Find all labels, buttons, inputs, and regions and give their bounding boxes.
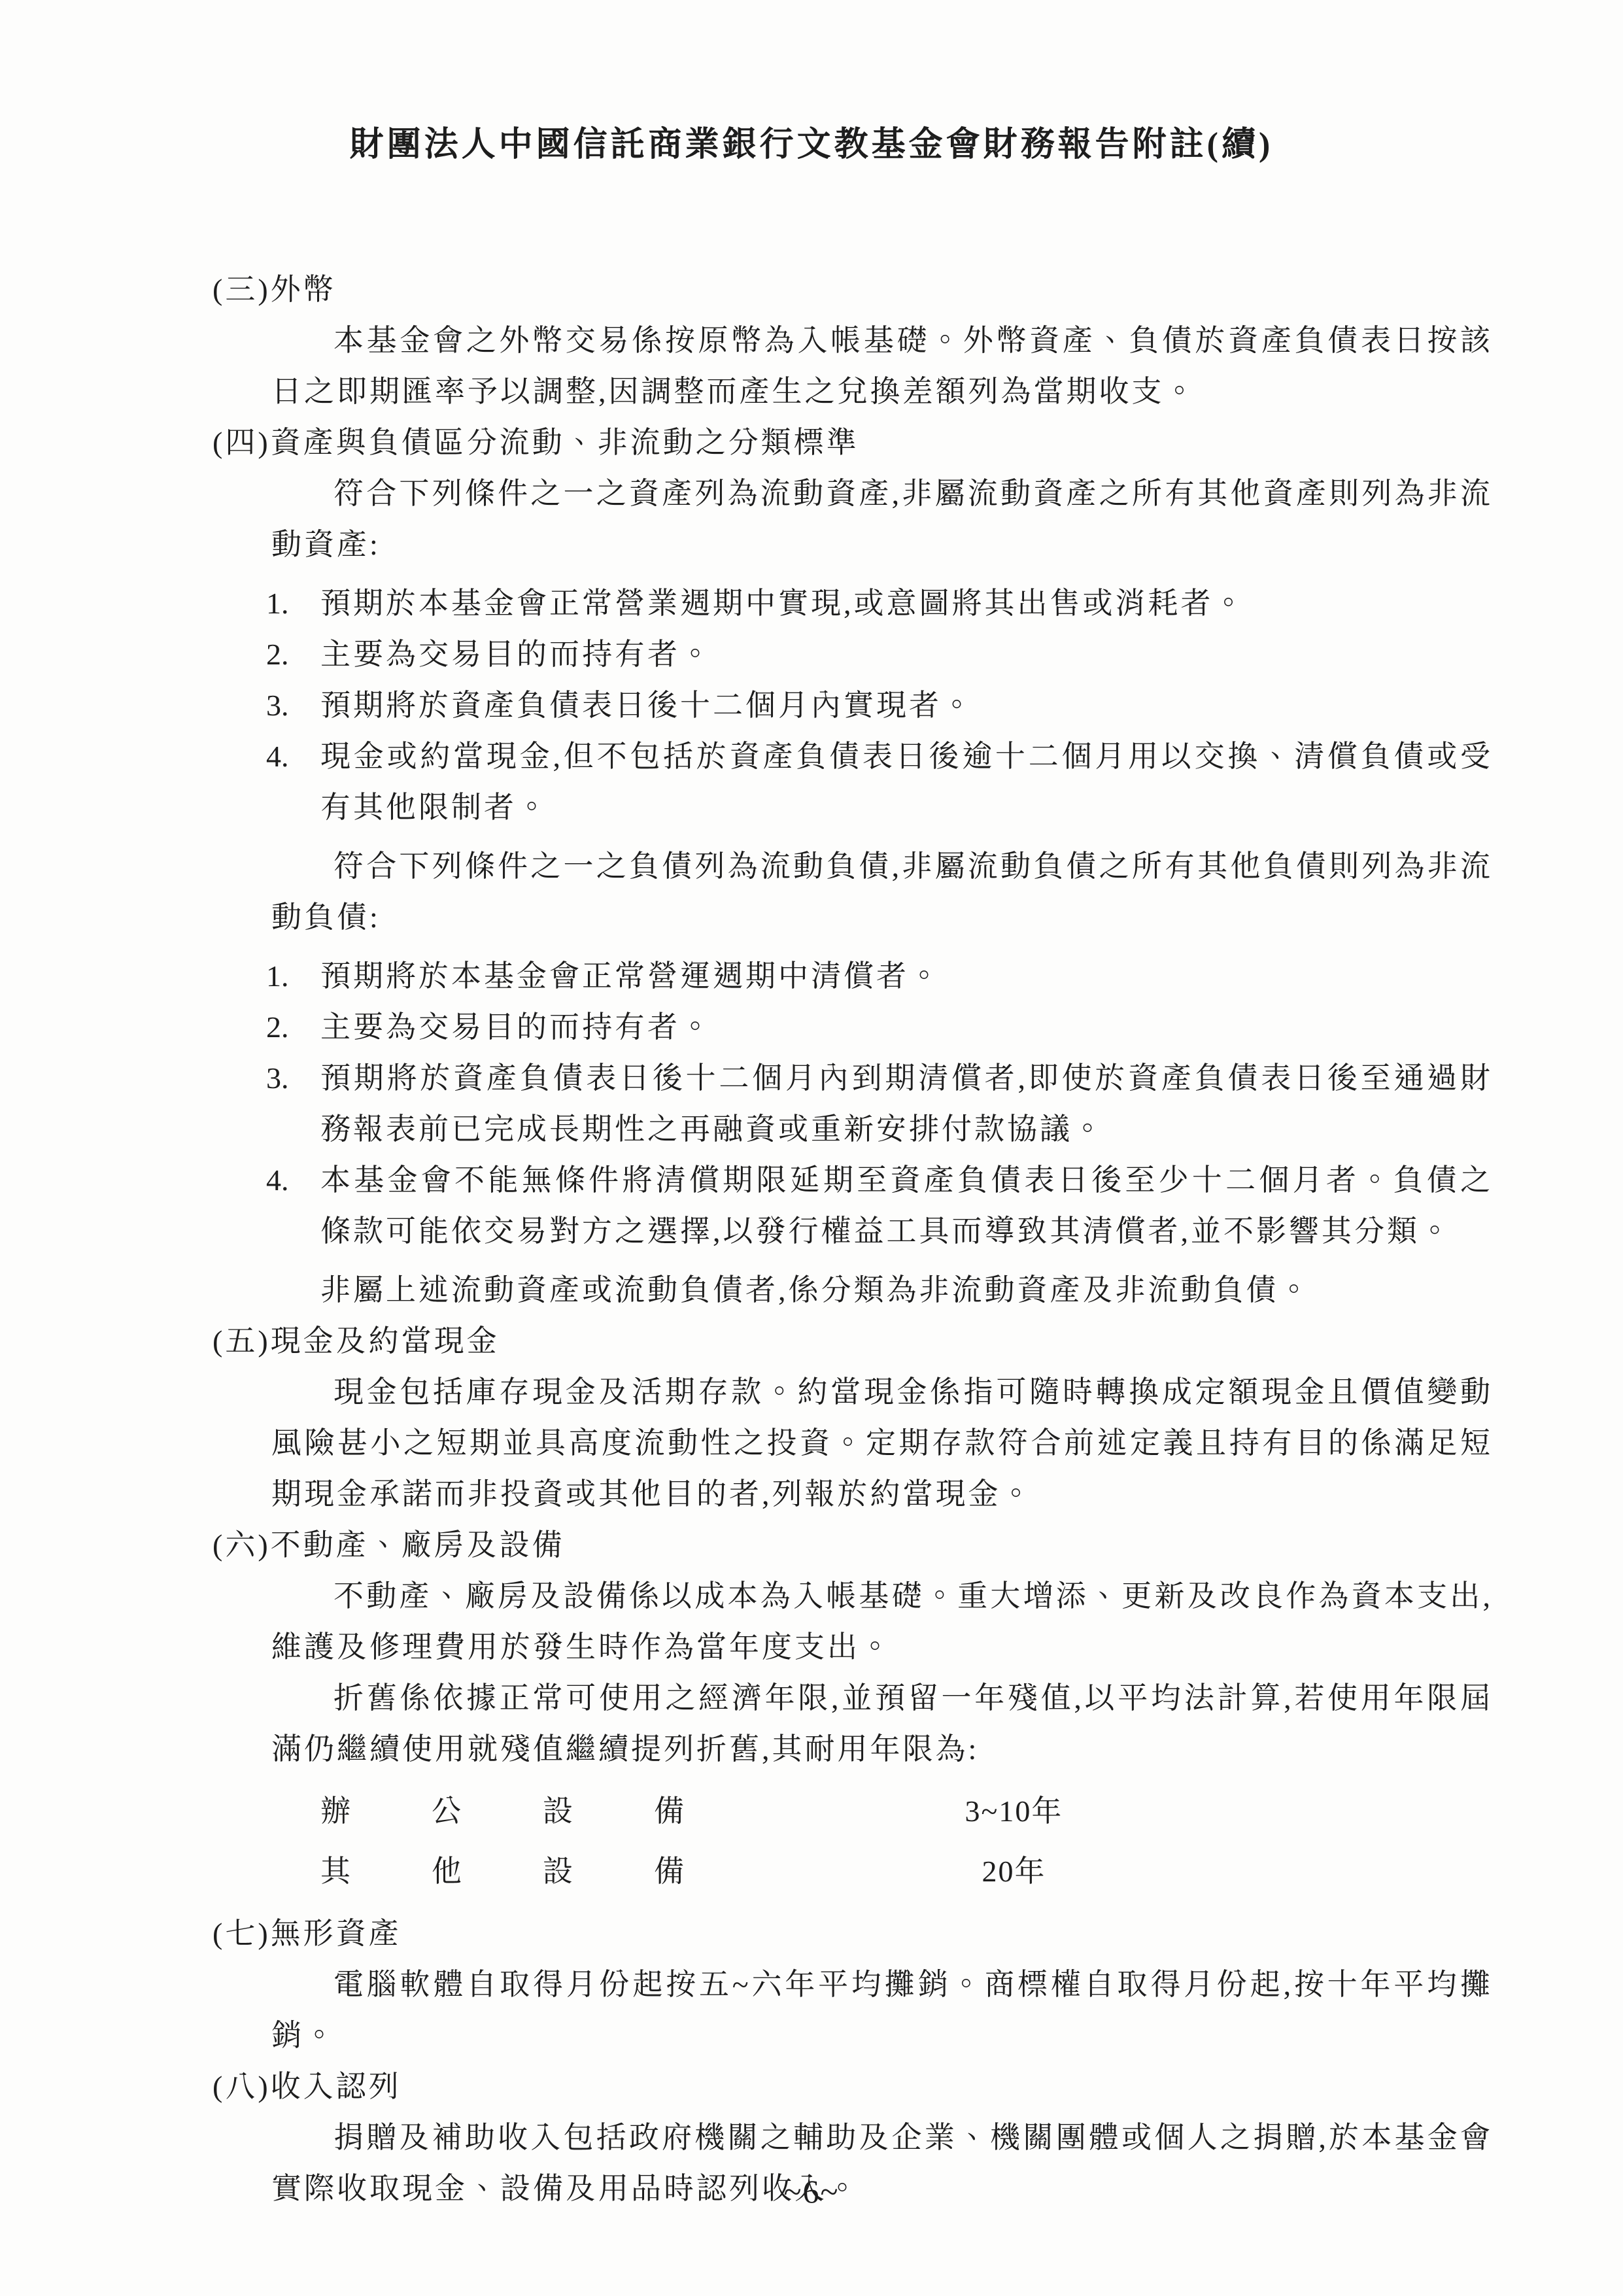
list-item-text: 主要為交易目的而持有者。 (320, 1010, 713, 1044)
list-item-number: 3. (266, 1053, 289, 1104)
list-item-text: 預期將於資產負債表日後十二個月內到期清償者,即使於資產負債表日後至通過財務報表前… (320, 1061, 1493, 1146)
list-item-number: 4. (266, 1155, 289, 1206)
list-item: 3. 預期將於資產負債表日後十二個月內到期清償者,即使於資產負債表日後至通過財務… (320, 1053, 1493, 1155)
paragraph-foreign-currency: 本基金會之外幣交易係按原幣為入帳基礎。外幣資產、負債於資產負債表日按該日之即期匯… (271, 315, 1493, 417)
list-item: 1. 預期將於本基金會正常營運週期中清償者。 (320, 951, 1493, 1002)
section-heading-property-plant-equipment: (六)不動產、廠房及設備 (213, 1520, 1493, 1571)
list-item: 3. 預期將於資產負債表日後十二個月內實現者。 (320, 680, 1493, 731)
list-item: 2. 主要為交易目的而持有者。 (320, 629, 1493, 680)
list-item: 4. 本基金會不能無條件將清償期限延期至資產負債表日後至少十二個月者。負債之條款… (320, 1155, 1493, 1257)
page-title: 財團法人中國信託商業銀行文教基金會財務報告附註(續) (0, 116, 1623, 165)
paragraph-depreciation-method: 折舊係依據正常可使用之經濟年限,並預留一年殘值,以平均法計算,若使用年限屆滿仍繼… (271, 1673, 1493, 1775)
non-current-classification-note: 非屬上述流動資產或流動負債者,係分類為非流動資產及非流動負債。 (320, 1265, 1493, 1316)
paragraph-current-liabilities-intro: 符合下列條件之一之負債列為流動負債,非屬流動負債之所有其他負債則列為非流動負債: (271, 841, 1493, 943)
list-item-text: 預期將於本基金會正常營運週期中清償者。 (320, 959, 942, 993)
useful-life-item-label: 辦公設備 (320, 1781, 687, 1842)
list-item: 4. 現金或約當現金,但不包括於資產負債表日後逾十二個月用以交換、清償負債或受有… (320, 731, 1493, 833)
section-heading-cash-equivalents: (五)現金及約當現金 (213, 1316, 1493, 1367)
section-heading-revenue-recognition: (八)收入認列 (213, 2061, 1493, 2112)
list-item-number: 4. (266, 731, 289, 782)
useful-life-table: 辦公設備 3~10年 其他設備 20年 (320, 1781, 1493, 1902)
useful-life-years-value: 3~10年 (906, 1781, 1122, 1842)
list-item-number: 2. (266, 629, 289, 680)
useful-life-row-office-equipment: 辦公設備 3~10年 (320, 1781, 1493, 1842)
current-liabilities-criteria-list: 1. 預期將於本基金會正常營運週期中清償者。 2. 主要為交易目的而持有者。 3… (213, 951, 1493, 1257)
list-item-text: 本基金會不能無條件將清償期限延期至資產負債表日後至少十二個月者。負債之條款可能依… (320, 1163, 1493, 1248)
useful-life-years-value: 20年 (906, 1842, 1122, 1902)
useful-life-row-other-equipment: 其他設備 20年 (320, 1842, 1493, 1902)
paragraph-cash-equivalents: 現金包括庫存現金及活期存款。約當現金係指可隨時轉換成定額現金且價值變動風險甚小之… (271, 1367, 1493, 1520)
list-item: 1. 預期於本基金會正常營業週期中實現,或意圖將其出售或消耗者。 (320, 578, 1493, 629)
list-item-number: 1. (266, 951, 289, 1002)
useful-life-item-label: 其他設備 (320, 1842, 687, 1902)
section-heading-foreign-currency: (三)外幣 (213, 264, 1493, 315)
notes-content: (三)外幣 本基金會之外幣交易係按原幣為入帳基礎。外幣資產、負債於資產負債表日按… (213, 264, 1493, 2214)
list-item-text: 現金或約當現金,但不包括於資產負債表日後逾十二個月用以交換、清償負債或受有其他限… (320, 740, 1493, 824)
page-number: ~6~ (0, 2172, 1623, 2210)
paragraph-ppe-cost-basis: 不動產、廠房及設備係以成本為入帳基礎。重大增添、更新及改良作為資本支出,維護及修… (271, 1571, 1493, 1673)
list-item-number: 2. (266, 1002, 289, 1053)
list-item-text: 預期於本基金會正常營業週期中實現,或意圖將其出售或消耗者。 (320, 587, 1246, 620)
section-heading-current-classification: (四)資產與負債區分流動、非流動之分類標準 (213, 417, 1493, 468)
list-item-text: 主要為交易目的而持有者。 (320, 638, 713, 671)
list-item-number: 1. (266, 578, 289, 629)
list-item-text: 預期將於資產負債表日後十二個月內實現者。 (320, 689, 974, 722)
list-item-number: 3. (266, 680, 289, 731)
current-assets-criteria-list: 1. 預期於本基金會正常營業週期中實現,或意圖將其出售或消耗者。 2. 主要為交… (213, 578, 1493, 833)
report-notes-page: 財團法人中國信託商業銀行文教基金會財務報告附註(續) (三)外幣 本基金會之外幣… (0, 0, 1623, 2296)
list-item: 2. 主要為交易目的而持有者。 (320, 1002, 1493, 1053)
paragraph-current-assets-intro: 符合下列條件之一之資產列為流動資產,非屬流動資產之所有其他資產則列為非流動資產: (271, 468, 1493, 570)
section-heading-intangible-assets: (七)無形資產 (213, 1908, 1493, 1959)
paragraph-intangible-assets: 電腦軟體自取得月份起按五~六年平均攤銷。商標權自取得月份起,按十年平均攤銷。 (271, 1959, 1493, 2061)
